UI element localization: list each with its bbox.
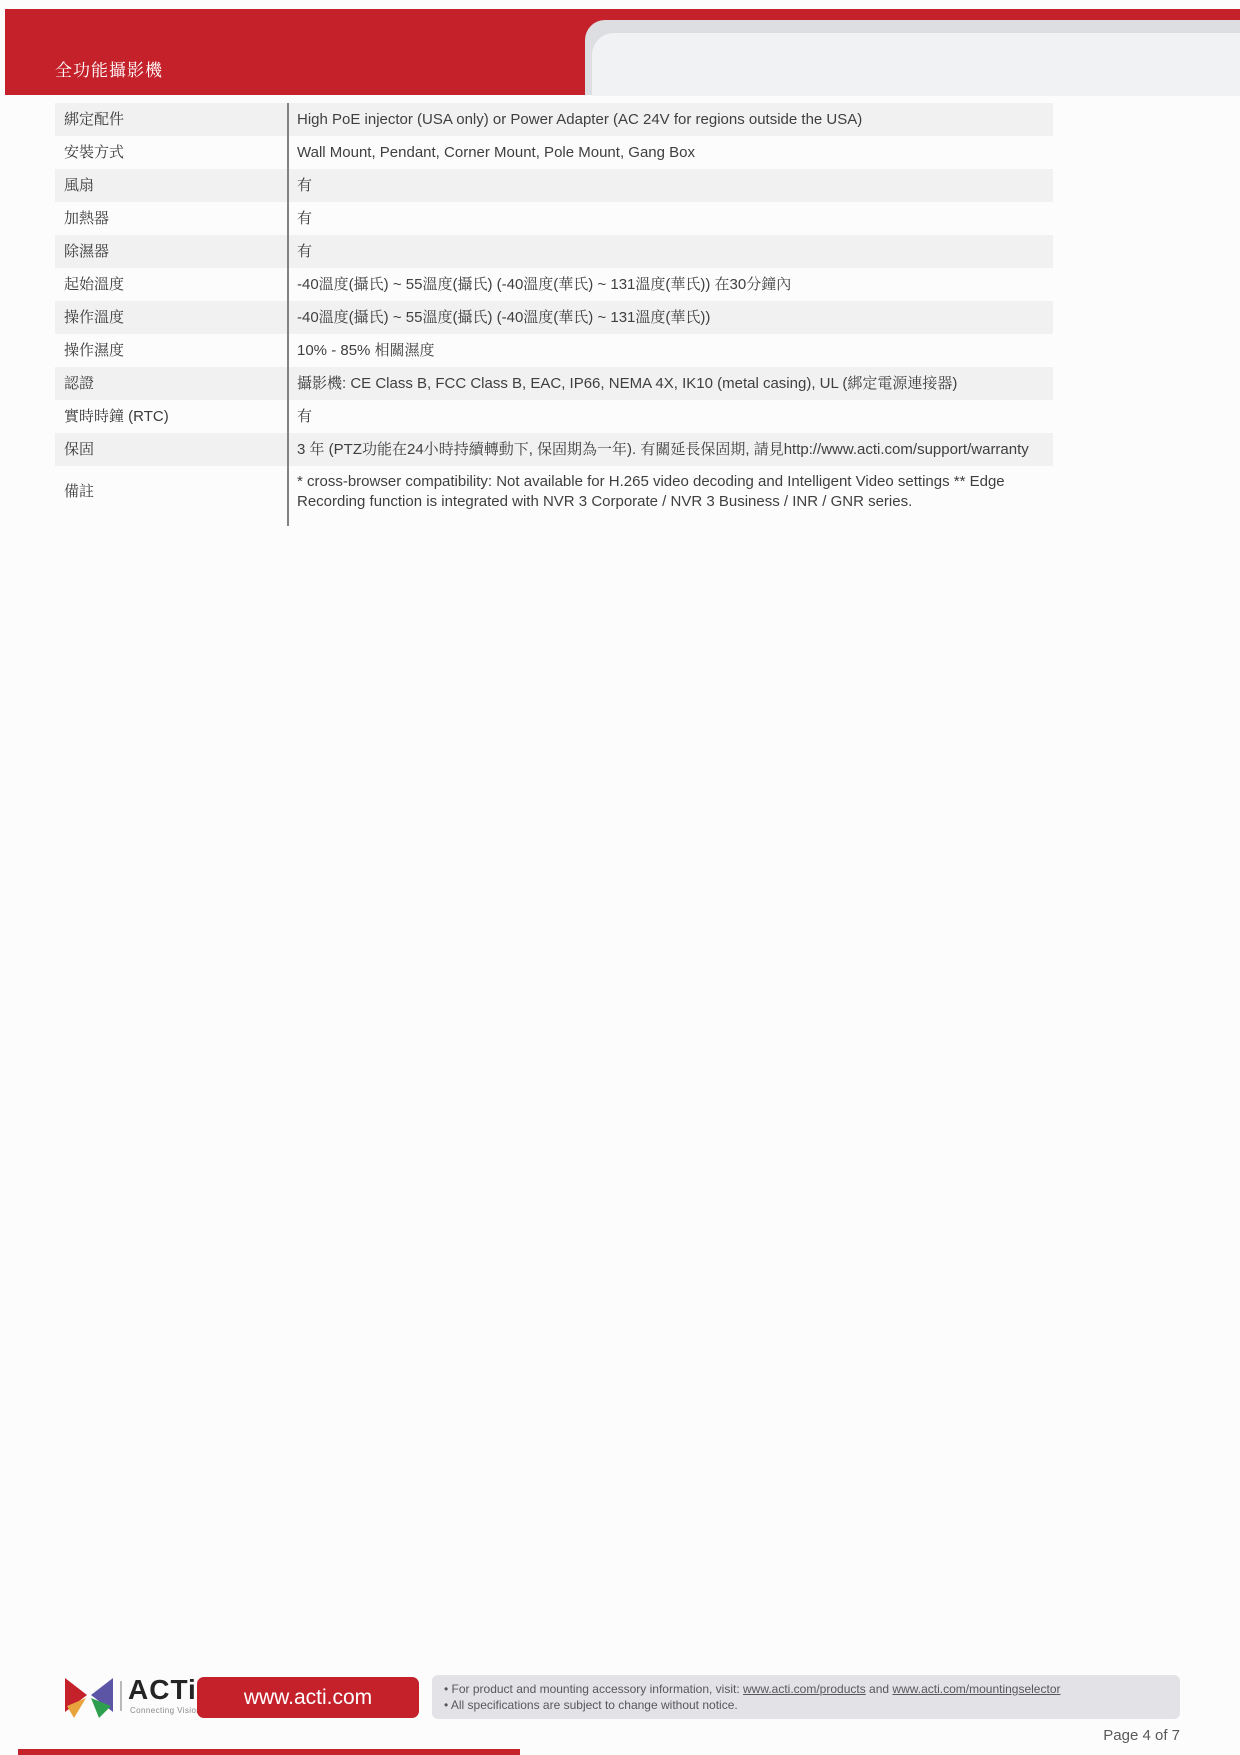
spec-table: 綁定配件 High PoE injector (USA only) or Pow… [55, 103, 1053, 518]
table-row: 認證 攝影機: CE Class B, FCC Class B, EAC, IP… [55, 367, 1053, 400]
header-tab-shape [585, 20, 1240, 95]
spec-label: 除濕器 [55, 235, 287, 268]
spec-label: 操作濕度 [55, 334, 287, 367]
footer-note-1-text: • For product and mounting accessory inf… [444, 1682, 743, 1696]
spec-label: 操作溫度 [55, 301, 287, 334]
spec-label: 保固 [55, 433, 287, 466]
table-row: 安裝方式 Wall Mount, Pendant, Corner Mount, … [55, 136, 1053, 169]
table-row: 加熱器 有 [55, 202, 1053, 235]
footer-notes-box: • For product and mounting accessory inf… [432, 1675, 1180, 1719]
table-row: 操作溫度 -40溫度(攝氏) ~ 55溫度(攝氏) (-40溫度(華氏) ~ 1… [55, 301, 1053, 334]
spec-value: Wall Mount, Pendant, Corner Mount, Pole … [287, 136, 1053, 169]
spec-value: * cross-browser compatibility: Not avail… [287, 466, 1053, 518]
table-row: 操作濕度 10% - 85% 相關濕度 [55, 334, 1053, 367]
header-tab-front-layer [592, 33, 1240, 96]
spec-value: 10% - 85% 相關濕度 [287, 334, 1053, 367]
table-row: 實時時鐘 (RTC) 有 [55, 400, 1053, 433]
spec-value: 有 [287, 400, 1053, 433]
acti-butterfly-logo-icon [64, 1676, 114, 1720]
table-row: 起始溫度 -40溫度(攝氏) ~ 55溫度(攝氏) (-40溫度(華氏) ~ 1… [55, 268, 1053, 301]
spec-value: -40溫度(攝氏) ~ 55溫度(攝氏) (-40溫度(華氏) ~ 131溫度(… [287, 268, 1053, 301]
logo-divider [120, 1681, 122, 1711]
table-row: 保固 3 年 (PTZ功能在24小時持續轉動下, 保固期為一年). 有關延長保固… [55, 433, 1053, 466]
mountingselector-link[interactable]: www.acti.com/mountingselector [892, 1682, 1060, 1696]
table-row: 備註 * cross-browser compatibility: Not av… [55, 466, 1053, 518]
spec-value: 3 年 (PTZ功能在24小時持續轉動下, 保固期為一年). 有關延長保固期, … [287, 433, 1053, 466]
spec-label: 安裝方式 [55, 136, 287, 169]
spec-value: 有 [287, 169, 1053, 202]
spec-label: 加熱器 [55, 202, 287, 235]
spec-value: 有 [287, 235, 1053, 268]
footer-note-1: • For product and mounting accessory inf… [444, 1681, 1168, 1697]
spec-label: 起始溫度 [55, 268, 287, 301]
spec-value: High PoE injector (USA only) or Power Ad… [287, 103, 1053, 136]
bottom-red-strip [18, 1749, 520, 1755]
spec-value: 有 [287, 202, 1053, 235]
spec-value: -40溫度(攝氏) ~ 55溫度(攝氏) (-40溫度(華氏) ~ 131溫度(… [287, 301, 1053, 334]
footer-note-1-joiner: and [866, 1682, 893, 1696]
spec-label: 備註 [55, 466, 287, 518]
products-link[interactable]: www.acti.com/products [743, 1682, 866, 1696]
spec-label: 認證 [55, 367, 287, 400]
table-row: 風扇 有 [55, 169, 1053, 202]
spec-value: 攝影機: CE Class B, FCC Class B, EAC, IP66,… [287, 367, 1053, 400]
table-row: 除濕器 有 [55, 235, 1053, 268]
page-title: 全功能攝影機 [55, 56, 163, 81]
spec-label: 風扇 [55, 169, 287, 202]
acti-logotype: ACTi [128, 1674, 197, 1706]
footer-note-2: • All specifications are subject to chan… [444, 1697, 1168, 1713]
table-row: 綁定配件 High PoE injector (USA only) or Pow… [55, 103, 1053, 136]
header-bar: 全功能攝影機 [5, 9, 1240, 95]
website-link[interactable]: www.acti.com [197, 1677, 419, 1718]
spec-label: 綁定配件 [55, 103, 287, 136]
acti-tagline: Connecting Vision [130, 1706, 201, 1715]
page-number: Page 4 of 7 [1103, 1727, 1180, 1744]
spec-label: 實時時鐘 (RTC) [55, 400, 287, 433]
